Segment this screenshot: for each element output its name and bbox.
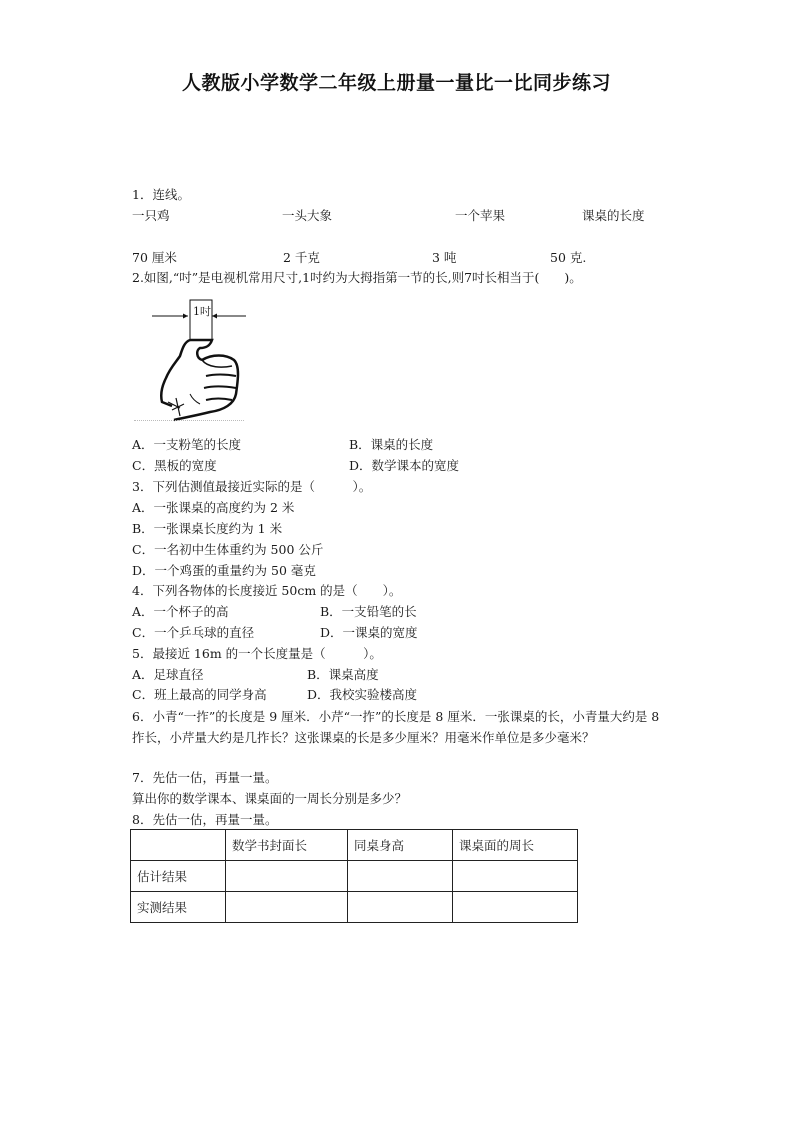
q6-stem: 6．小青“一拃”的长度是 9 厘米．小芹“一拃”的长度是 8 厘米．一张课桌的长… <box>132 706 667 748</box>
q3-option-c: C．一名初中生体重约为 500 公斤 <box>132 540 323 560</box>
table-row: 实测结果 <box>131 892 578 923</box>
q4-option-b: B．一支铅笔的长 <box>320 602 417 622</box>
answer-cell[interactable] <box>226 892 348 923</box>
q3-option-d: D．一个鸡蛋的重量约为 50 毫克 <box>132 561 316 581</box>
measurement-table: 数学书封面长 同桌身高 课桌面的周长 估计结果 实测结果 <box>130 829 578 923</box>
answer-cell[interactable] <box>453 861 578 892</box>
q4-option-a: A．一个杯子的高 <box>132 602 229 622</box>
q5-option-c: C．班上最高的同学身高 <box>132 685 267 705</box>
q4-option-c: C．一个乒乓球的直径 <box>132 623 254 643</box>
q8-stem: 8．先估一估，再量一量。 <box>132 810 277 830</box>
q1-value-50g: 50 克. <box>550 248 586 268</box>
q1-item-elephant: 一头大象 <box>282 206 332 226</box>
table-header-row: 数学书封面长 同桌身高 课桌面的周长 <box>131 830 578 861</box>
q4-option-d: D．一课桌的宽度 <box>320 623 418 643</box>
q2-option-a: A．一支粉笔的长度 <box>132 435 241 455</box>
figure-label-1-inch: 1吋 <box>193 306 211 318</box>
q5-option-b: B．课桌高度 <box>307 665 379 685</box>
q1-value-70cm: 70 厘米 <box>132 248 177 268</box>
q2-option-c: C．黑板的宽度 <box>132 456 217 476</box>
q1-item-apple: 一个苹果 <box>455 206 505 226</box>
answer-cell[interactable] <box>226 861 348 892</box>
q5-stem: 5．最接近 16m 的一个长度量是（ ）。 <box>132 644 382 664</box>
q5-option-a: A．足球直径 <box>132 665 204 685</box>
document-title: 人教版小学数学二年级上册量一量比一比同步练习 <box>0 68 793 95</box>
table-row: 估计结果 <box>131 861 578 892</box>
figure-divider <box>134 420 244 421</box>
thumb-inch-figure: 1吋 <box>150 298 250 423</box>
q4-stem: 4．下列各物体的长度接近 50cm 的是（ ）。 <box>132 581 401 601</box>
answer-cell[interactable] <box>453 892 578 923</box>
table-header-cell: 数学书封面长 <box>226 830 348 861</box>
table-header-cell: 课桌面的周长 <box>453 830 578 861</box>
table-header-cell: 同桌身高 <box>348 830 453 861</box>
answer-cell[interactable] <box>348 892 453 923</box>
q5-option-d: D．我校实验楼高度 <box>307 685 417 705</box>
q1-item-chicken: 一只鸡 <box>132 206 170 226</box>
q2-stem: 2.如图,“吋”是电视机常用尺寸,1吋约为大拇指第一节的长,则7吋长相当于( )… <box>132 268 582 288</box>
q1-item-desk-length: 课桌的长度 <box>582 206 645 226</box>
table-header-cell <box>131 830 226 861</box>
answer-cell[interactable] <box>348 861 453 892</box>
q2-option-b: B．课桌的长度 <box>349 435 433 455</box>
q1-stem: 1．连线。 <box>132 185 190 205</box>
q3-stem: 3．下列估测值最接近实际的是（ ）。 <box>132 477 371 497</box>
q7-subquestion: 算出你的数学课本、课桌面的一周长分别是多少？ <box>132 789 407 809</box>
row-label-measured: 实测结果 <box>131 892 226 923</box>
q7-stem: 7．先估一估，再量一量。 <box>132 768 277 788</box>
q3-option-a: A．一张课桌的高度约为 2 米 <box>132 498 294 518</box>
q2-option-d: D．数学课本的宽度 <box>349 456 459 476</box>
q1-value-2kg: 2 千克 <box>283 248 320 268</box>
q3-option-b: B．一张课桌长度约为 1 米 <box>132 519 282 539</box>
q1-value-3t: 3 吨 <box>432 248 456 268</box>
row-label-estimate: 估计结果 <box>131 861 226 892</box>
